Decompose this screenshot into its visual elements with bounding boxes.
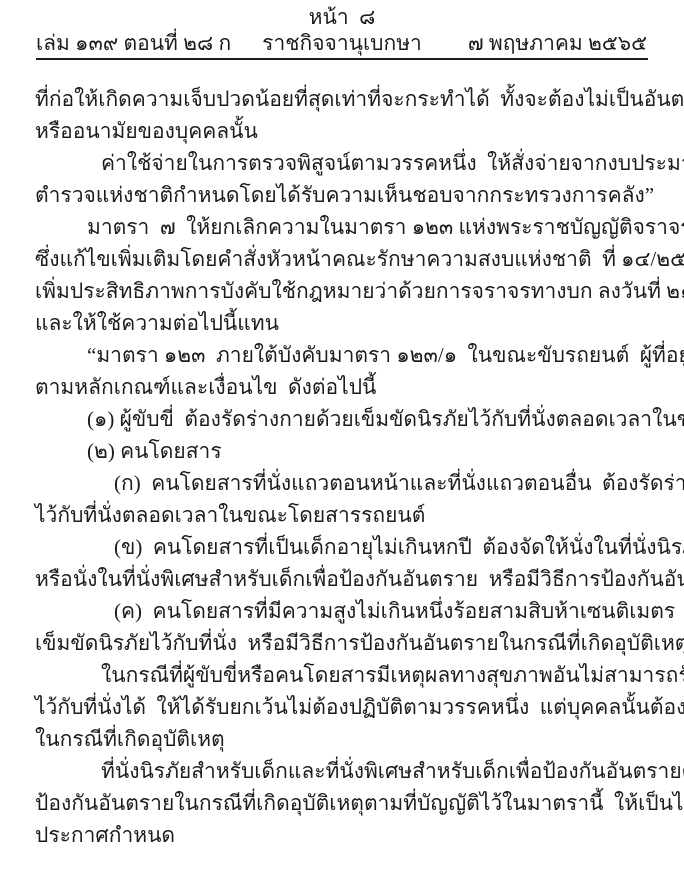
body-line: ซึ่งแก้ไขเพิ่มเติมโดยคำสั่งหัวหน้าคณะรัก…	[35, 243, 654, 275]
body-line: ประกาศกำหนด	[35, 819, 654, 851]
body-line: มาตรา ๗ ให้ยกเลิกความในมาตรา ๑๒๓ แห่งพระ…	[35, 211, 654, 243]
body-line: ในกรณีที่ผู้ขับขี่หรือคนโดยสารมีเหตุผลทา…	[35, 659, 654, 691]
document-page: หน้า ๘ เล่ม ๑๓๙ ตอนที่ ๒๘ ก ราชกิจจานุเบ…	[0, 0, 684, 871]
body-line: ที่ก่อให้เกิดความเจ็บปวดน้อยที่สุดเท่าที…	[35, 83, 654, 115]
body-line: ในกรณีที่เกิดอุบัติเหตุ	[35, 723, 654, 755]
body-line: ตามหลักเกณฑ์และเงื่อนไข ดังต่อไปนี้	[35, 371, 654, 403]
issue-date: ๗ พฤษภาคม ๒๕๖๕	[468, 31, 647, 55]
body-line: เข็มขัดนิรภัยไว้กับที่นั่ง หรือมีวิธีการ…	[35, 627, 654, 659]
body-line: (๒) คนโดยสาร	[35, 435, 654, 467]
body-line: “มาตรา ๑๒๓ ภายใต้บังคับมาตรา ๑๒๓/๑ ในขณะ…	[35, 339, 654, 371]
header-rule	[36, 58, 648, 60]
body-line: และให้ใช้ความต่อไปนี้แทน	[35, 307, 654, 339]
body-line: (ข) คนโดยสารที่เป็นเด็กอายุไม่เกินหกปี ต…	[35, 531, 654, 563]
page-header: หน้า ๘ เล่ม ๑๓๙ ตอนที่ ๒๘ ก ราชกิจจานุเบ…	[0, 0, 684, 60]
body-line: ไว้กับที่นั่งตลอดเวลาในขณะโดยสารรถยนต์	[35, 499, 654, 531]
header-row: เล่ม ๑๓๙ ตอนที่ ๒๘ ก ราชกิจจานุเบกษา ๗ พ…	[0, 31, 684, 55]
body-line: (๑) ผู้ขับขี่ ต้องรัดร่างกายด้วยเข็มขัดน…	[35, 403, 654, 435]
document-body: ที่ก่อให้เกิดความเจ็บปวดน้อยที่สุดเท่าที…	[0, 83, 684, 851]
body-line: ไว้กับที่นั่งได้ ให้ได้รับยกเว้นไม่ต้องป…	[35, 691, 654, 723]
volume-part: เล่ม ๑๓๙ ตอนที่ ๒๘ ก	[36, 31, 231, 55]
body-line: ที่นั่งนิรภัยสำหรับเด็กและที่นั่งพิเศษสำ…	[35, 755, 654, 787]
body-line: ป้องกันอันตรายในกรณีที่เกิดอุบัติเหตุตาม…	[35, 787, 654, 819]
body-line: (ค) คนโดยสารที่มีความสูงไม่เกินหนึ่งร้อย…	[35, 595, 654, 627]
body-line: หรือนั่งในที่นั่งพิเศษสำหรับเด็กเพื่อป้อ…	[35, 563, 654, 595]
body-line: หรืออนามัยของบุคคลนั้น	[35, 115, 654, 147]
body-line: เพิ่มประสิทธิภาพการบังคับใช้กฎหมายว่าด้ว…	[35, 275, 654, 307]
page-number: หน้า ๘	[0, 5, 684, 30]
body-line: ตำรวจแห่งชาติกำหนดโดยได้รับความเห็นชอบจา…	[35, 179, 654, 211]
body-line: ค่าใช้จ่ายในการตรวจพิสูจน์ตามวรรคหนึ่ง ใ…	[35, 147, 654, 179]
body-line: (ก) คนโดยสารที่นั่งแถวตอนหน้าและที่นั่งแ…	[35, 467, 654, 499]
